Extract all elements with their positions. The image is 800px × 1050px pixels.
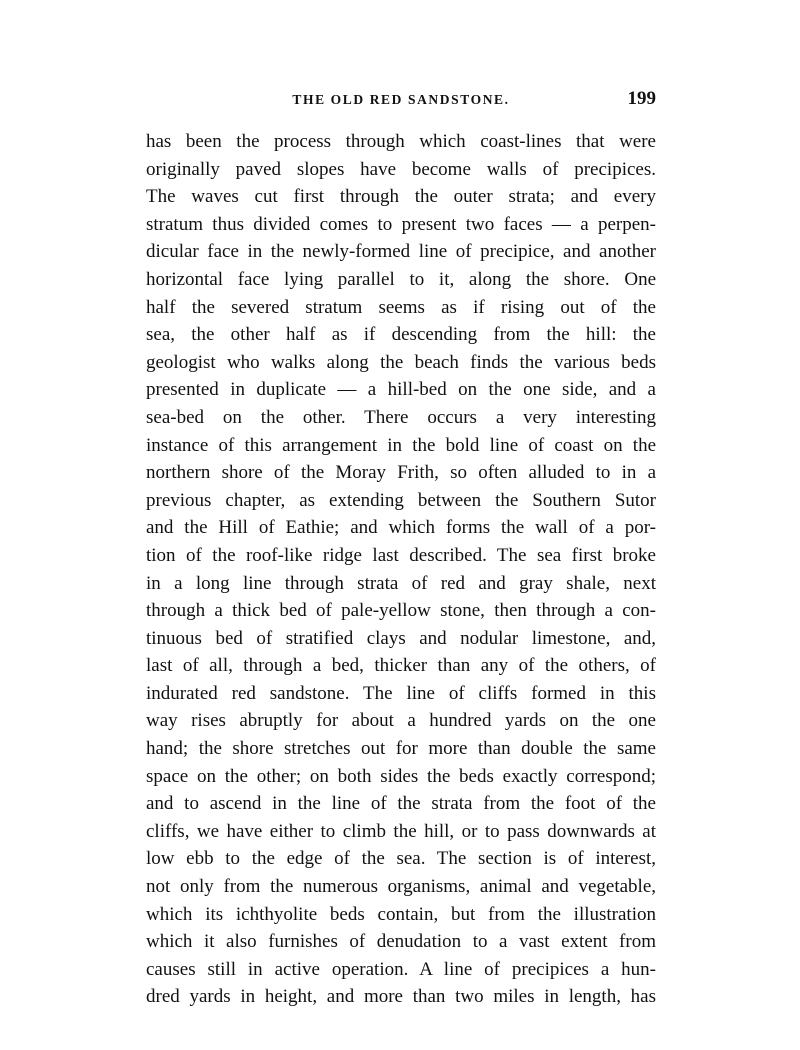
body-paragraph: has been the process through which coast… (146, 128, 656, 1011)
text-line: previous chapter, as extending between t… (146, 487, 656, 515)
text-line: which it also furnishes of denudation to… (146, 928, 656, 956)
text-line: hand; the shore stretches out for more t… (146, 735, 656, 763)
text-line: indurated red sandstone. The line of cli… (146, 680, 656, 708)
text-line: dicular face in the newly-formed line of… (146, 238, 656, 266)
text-line: tion of the roof-like ridge last describ… (146, 542, 656, 570)
page-number: 199 (628, 88, 657, 110)
text-line: instance of this arrangement in the bold… (146, 432, 656, 460)
text-line: and to ascend in the line of the strata … (146, 790, 656, 818)
text-line: northern shore of the Moray Frith, so of… (146, 459, 656, 487)
text-line: through a thick bed of pale-yellow stone… (146, 597, 656, 625)
text-line: The waves cut first through the outer st… (146, 183, 656, 211)
text-line: space on the other; on both sides the be… (146, 763, 656, 791)
text-line: horizontal face lying parallel to it, al… (146, 266, 656, 294)
text-line: dred yards in height, and more than two … (146, 983, 656, 1011)
text-line: low ebb to the edge of the sea. The sect… (146, 845, 656, 873)
text-line: and the Hill of Eathie; and which forms … (146, 514, 656, 542)
text-line: which its ichthyolite beds contain, but … (146, 901, 656, 929)
text-line: last of all, through a bed, thicker than… (146, 652, 656, 680)
text-line: stratum thus divided comes to present tw… (146, 211, 656, 239)
text-line: half the severed stratum seems as if ris… (146, 294, 656, 322)
text-line: sea, the other half as if descending fro… (146, 321, 656, 349)
text-line: presented in duplicate — a hill-bed on t… (146, 376, 656, 404)
text-line: originally paved slopes have become wall… (146, 156, 656, 184)
text-line: sea-bed on the other. There occurs a ver… (146, 404, 656, 432)
text-line: causes still in active operation. A line… (146, 956, 656, 984)
text-line: geologist who walks along the beach find… (146, 349, 656, 377)
text-line: tinuous bed of stratified clays and nodu… (146, 625, 656, 653)
text-line: in a long line through strata of red and… (146, 570, 656, 598)
text-line: cliffs, we have either to climb the hill… (146, 818, 656, 846)
text-line: not only from the numerous organisms, an… (146, 873, 656, 901)
text-line: way rises abruptly for about a hundred y… (146, 707, 656, 735)
running-title: THE OLD RED SANDSTONE. (146, 92, 656, 108)
running-head: THE OLD RED SANDSTONE. 199 (146, 90, 656, 112)
text-line: has been the process through which coast… (146, 128, 656, 156)
